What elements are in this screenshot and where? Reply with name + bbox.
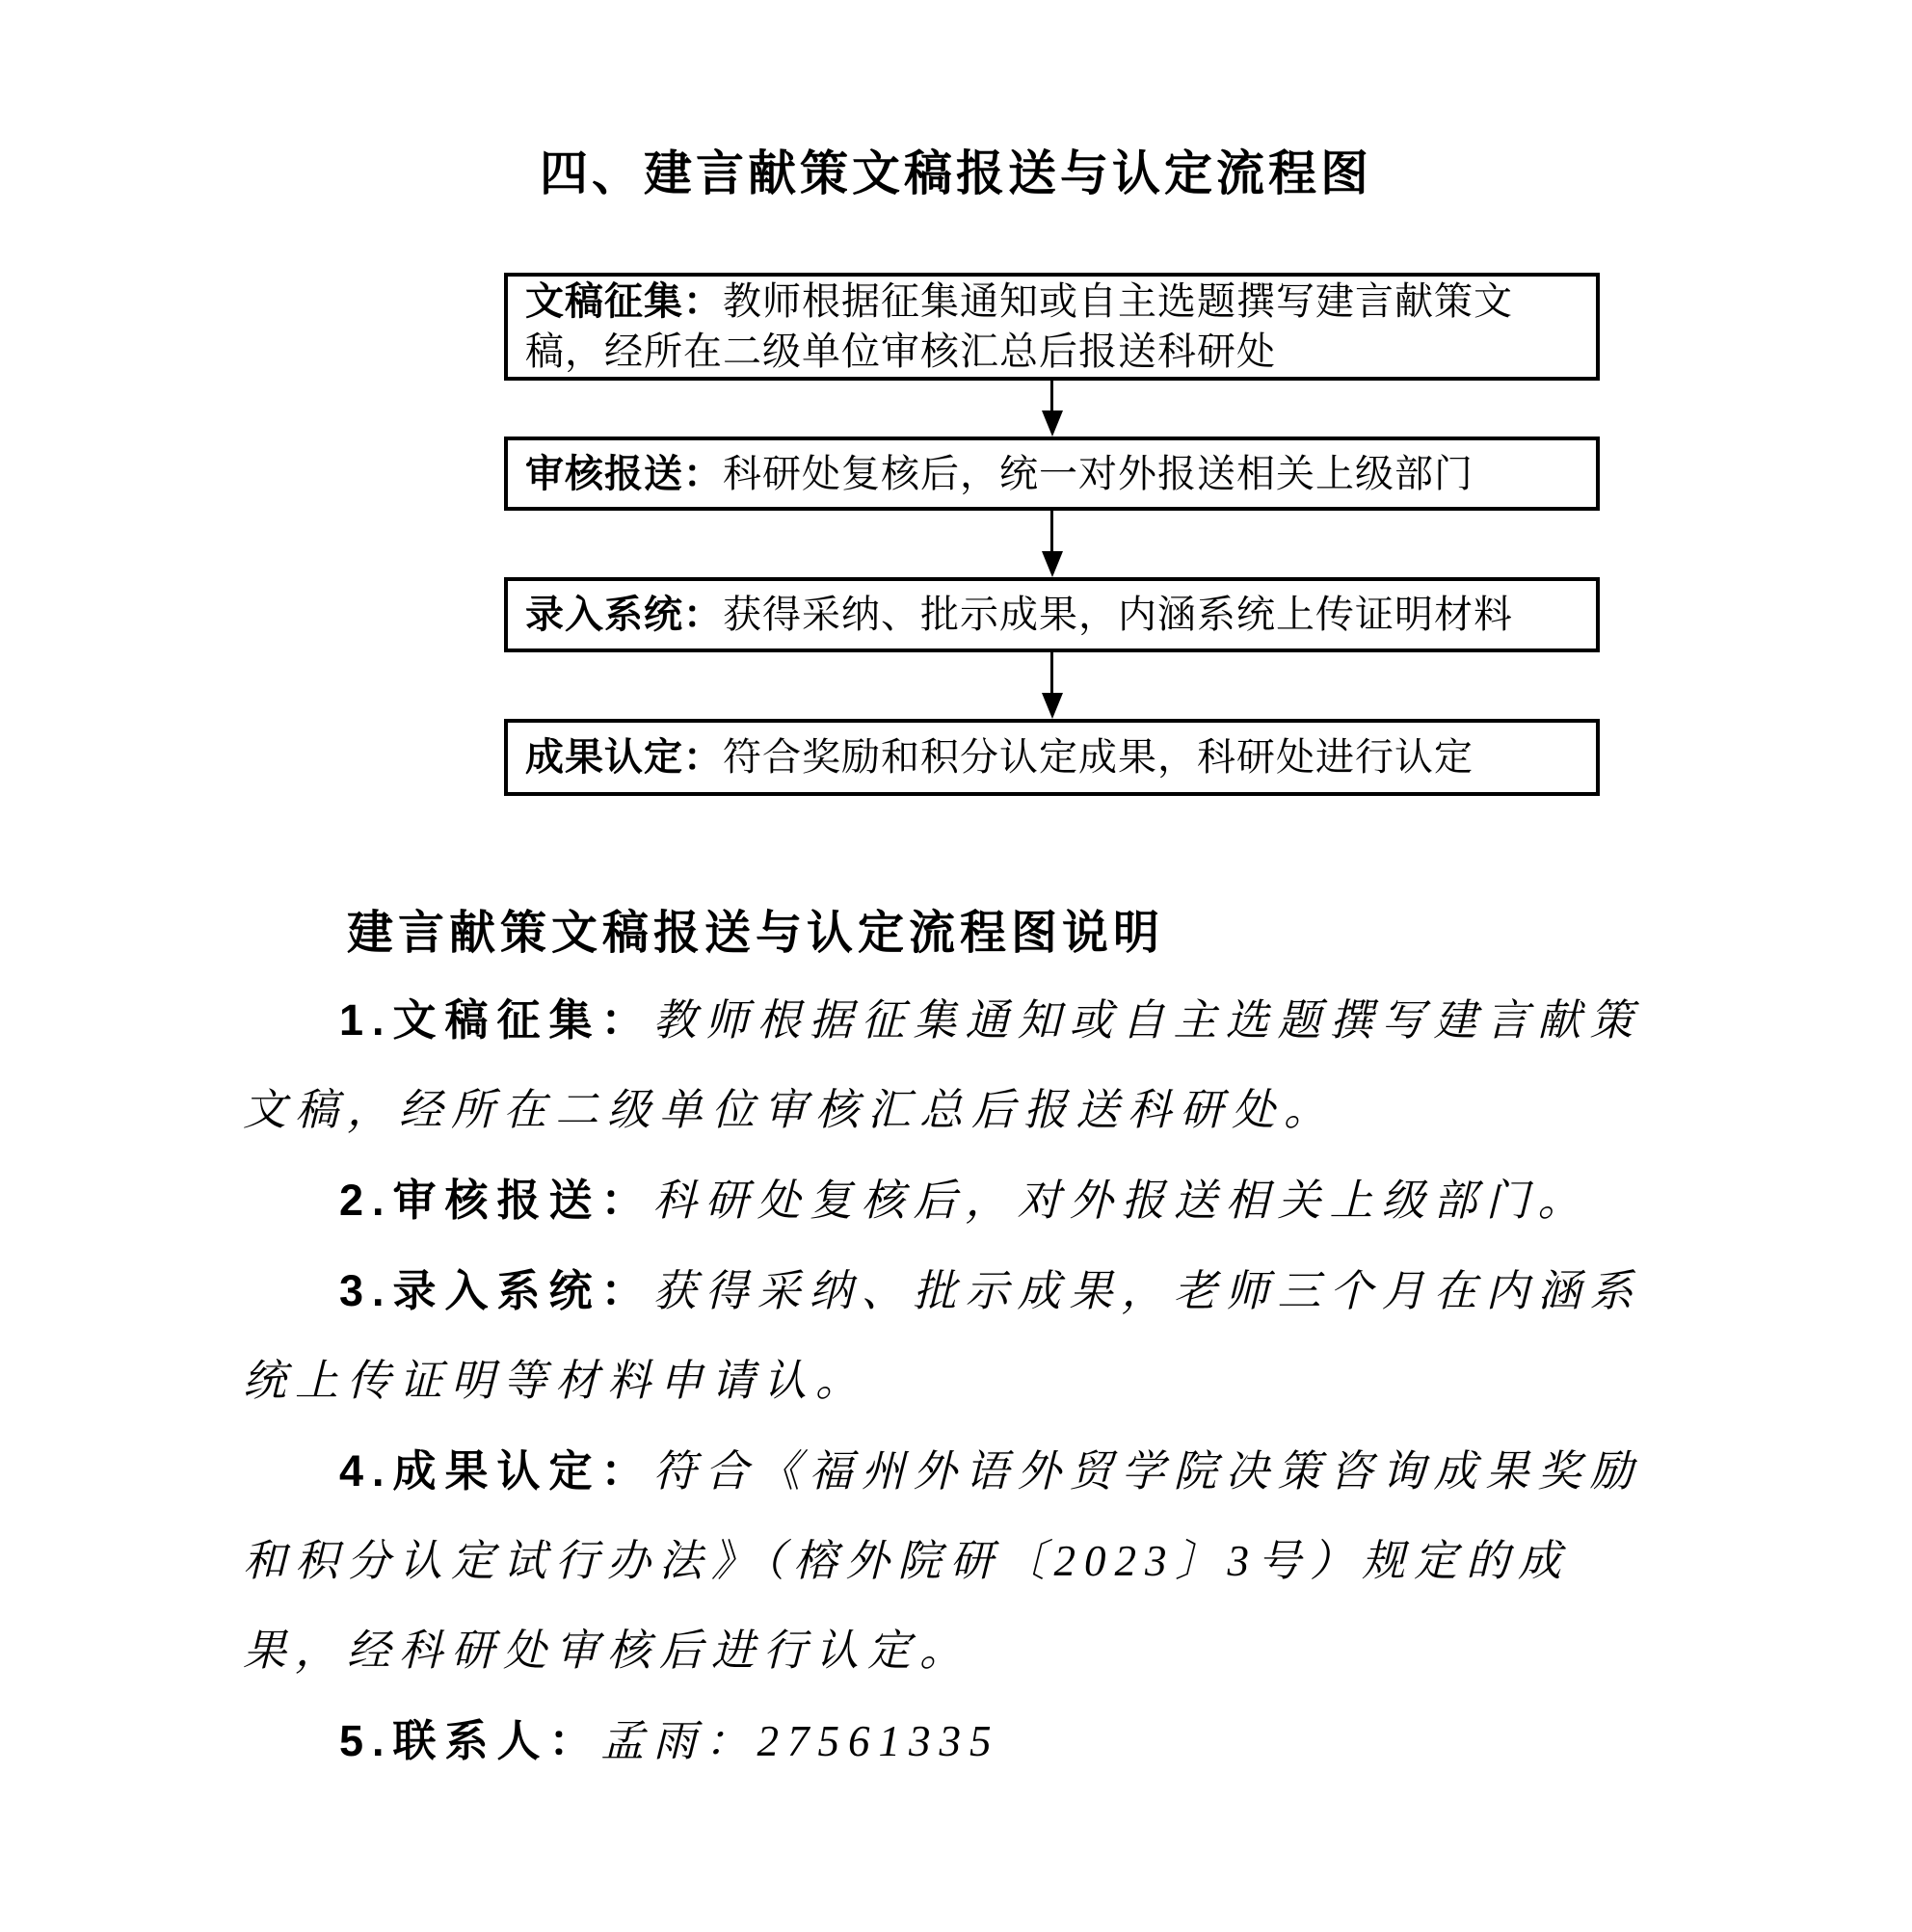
flow-step-result-recognition: 成果认定：符合奖励和积分认定成果，科研处进行认定: [504, 719, 1600, 796]
flow-step-content: 成果认定：符合奖励和积分认定成果，科研处进行认定: [525, 732, 1474, 782]
item-label: 2.审核报送：: [339, 1176, 653, 1225]
flow-step-label: 文稿征集：: [525, 280, 723, 323]
item-text: 孟雨：27561335: [601, 1717, 1000, 1765]
flow-step-draft-collection: 文稿征集：教师根据征集通知或自主选题撰写建言献策文稿，经所在二级单位审核汇总后报…: [504, 273, 1600, 381]
flow-step-content: 审核报送：科研处复核后，统一对外报送相关上级部门: [525, 449, 1474, 499]
flow-step-label: 录入系统：: [525, 594, 723, 636]
flow-step-label: 审核报送：: [525, 453, 723, 495]
flow-connector: [504, 652, 1600, 719]
page-title: 四、建言献策文稿报送与认定流程图: [0, 145, 1912, 202]
flow-step-system-entry: 录入系统：获得采纳、批示成果，内涵系统上传证明材料: [504, 577, 1600, 652]
item-text: 科研处复核后，对外报送相关上级部门。: [653, 1177, 1590, 1225]
item-label: 4.成果认定：: [339, 1446, 653, 1495]
explanation-item-2: 2.审核报送：科研处复核后，对外报送相关上级部门。: [243, 1155, 1669, 1246]
flow-step-text: 符合奖励和积分认定成果，科研处进行认定: [723, 735, 1474, 779]
item-label: 1.文稿征集：: [339, 995, 653, 1045]
flow-step-review-submission: 审核报送：科研处复核后，统一对外报送相关上级部门: [504, 437, 1600, 511]
item-label: 3.录入系统：: [339, 1266, 653, 1315]
flow-connector: [504, 511, 1600, 577]
explanation-item-1: 1.文稿征集：教师根据征集通知或自主选题撰写建言献策文稿，经所在二级单位审核汇总…: [243, 975, 1669, 1155]
explanation-item-4: 4.成果认定：符合《福州外语外贸学院决策咨询成果奖励和积分认定试行办法》（榕外院…: [243, 1426, 1669, 1696]
flowchart: 文稿征集：教师根据征集通知或自主选题撰写建言献策文稿，经所在二级单位审核汇总后报…: [504, 273, 1600, 796]
flow-step-content: 录入系统：获得采纳、批示成果，内涵系统上传证明材料: [525, 590, 1513, 640]
explanation-item-5: 5.联系人：孟雨：27561335: [243, 1696, 1669, 1786]
document-page: 四、建言献策文稿报送与认定流程图 文稿征集：教师根据征集通知或自主选题撰写建言献…: [0, 0, 1912, 1932]
section-heading: 建言献策文稿报送与认定流程图说明: [347, 904, 1164, 964]
flow-step-content: 文稿征集：教师根据征集通知或自主选题撰写建言献策文稿，经所在二级单位审核汇总后报…: [525, 277, 1579, 377]
flow-step-text: 科研处复核后，统一对外报送相关上级部门: [723, 452, 1474, 495]
flow-step-label: 成果认定：: [525, 736, 723, 779]
explanation-item-3: 3.录入系统：获得采纳、批示成果，老师三个月在内涵系统上传证明等材料申请认。: [243, 1246, 1669, 1426]
item-label: 5.联系人：: [339, 1716, 601, 1765]
flow-step-text: 获得采纳、批示成果，内涵系统上传证明材料: [723, 593, 1513, 636]
flow-connector: [504, 381, 1600, 437]
explanation-section: 1.文稿征集：教师根据征集通知或自主选题撰写建言献策文稿，经所在二级单位审核汇总…: [243, 975, 1669, 1786]
